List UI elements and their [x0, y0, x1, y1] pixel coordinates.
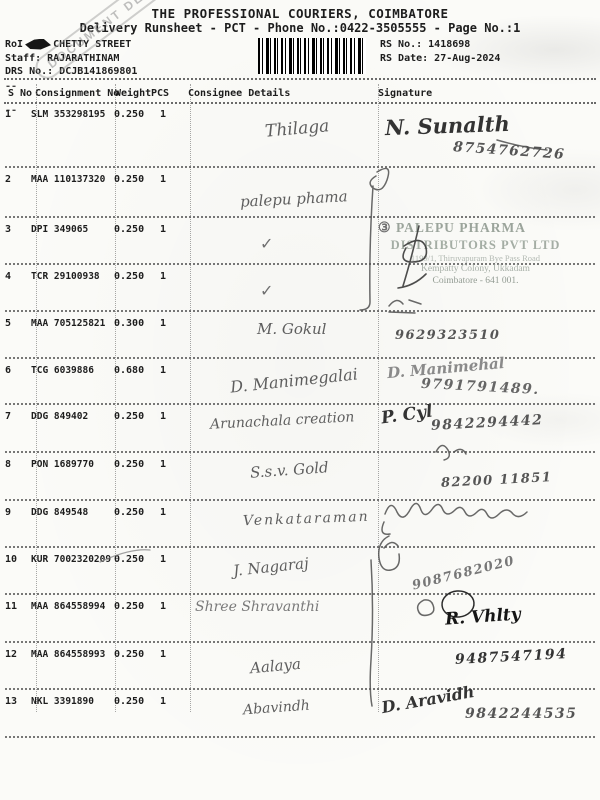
cell-consignment-number: TCR 29100938: [31, 265, 110, 310]
street-prefix: RoI: [5, 39, 23, 50]
cell-signature: N. Sunalth8754762726: [373, 103, 595, 166]
column-header-consignee: Consignee Details: [188, 88, 290, 99]
stamp-address-2: Kempatty Colony, Ukkadam: [378, 264, 573, 276]
cell-signature: R. Vhlty: [373, 595, 595, 641]
cell-consignment-number: NKL 3391890: [31, 690, 110, 736]
consignee-handwriting: ✓: [260, 281, 273, 300]
cell-signature: D. Aravidh9842244535: [373, 690, 595, 736]
signature-phone-number: 9842244535: [465, 706, 577, 722]
table-row: 11MAA 8645589940.2501Shree ShravanthiR. …: [5, 595, 595, 643]
cell-weight: 0.250: [110, 690, 150, 736]
cell-consignee-details: Shree Shravanthi: [185, 595, 373, 641]
cell-serial-number: 6: [5, 359, 31, 403]
cell-pieces: 1: [150, 265, 185, 310]
cell-consignment-number: DPI 349065: [31, 218, 110, 263]
cell-pieces: 1: [150, 168, 185, 216]
cell-pieces: 1: [150, 312, 185, 357]
column-header-signature: Signature: [378, 88, 432, 99]
consignee-handwriting: Venkataraman: [243, 509, 370, 529]
cell-consignee-details: Aalaya: [185, 643, 373, 688]
signature-phone-number: 8754762726: [453, 139, 566, 163]
cell-serial-number: 13: [5, 690, 31, 736]
signature-phone-number: 9487547194: [455, 646, 568, 668]
consignee-handwriting: Abavindh: [243, 698, 311, 719]
cell-signature: P. Cyl9842294442: [373, 405, 595, 451]
signature-phone-number: 9087682020: [411, 553, 517, 593]
table-body: 1SLM 3532981950.2501ThilagaN. Sunalth875…: [5, 103, 595, 738]
cell-signature: 82200 11851: [373, 453, 595, 499]
header-right-info: RS No.: 1418698 RS Date: 27-Aug-2024: [380, 38, 500, 65]
cell-weight: 0.250: [110, 548, 150, 593]
consignee-handwriting: ✓: [260, 234, 273, 253]
cell-serial-number: 12: [5, 643, 31, 688]
cell-consignment-number: PON 1689770: [31, 453, 110, 499]
cell-weight: 0.250: [110, 168, 150, 216]
signature-name: N. Sunalth: [385, 111, 511, 140]
cell-consignee-details: Venkataraman: [185, 501, 373, 546]
table-row: 10KUR 70023202090.2501J. Nagaraj90876820…: [5, 548, 595, 595]
consignee-handwriting: Shree Shravanthi: [195, 599, 319, 615]
cell-serial-number: 7: [5, 405, 31, 451]
ink-blot: [25, 39, 51, 50]
cell-pieces: 1: [150, 103, 185, 166]
cell-consignment-number: DDG 849548: [31, 501, 110, 546]
rs-date: RS Date: 27-Aug-2024: [380, 52, 500, 66]
cell-pieces: 1: [150, 453, 185, 499]
column-header-consignment: Consignment No: [35, 88, 119, 99]
barcode: [258, 38, 366, 74]
cell-pieces: 1: [150, 359, 185, 403]
cell-signature: 9087682020: [373, 548, 595, 593]
cell-weight: 0.250: [110, 265, 150, 310]
consignee-handwriting: Thilaga: [264, 116, 330, 142]
cell-serial-number: 9: [5, 501, 31, 546]
cell-serial-number: 2: [5, 168, 31, 216]
consignee-handwriting: palepu phama: [240, 187, 348, 211]
rs-number: RS No.: 1418698: [380, 38, 500, 52]
cell-weight: 0.250: [110, 643, 150, 688]
consignee-handwriting: Aalaya: [249, 655, 301, 677]
consignee-handwriting: D. Manimegalai: [229, 364, 358, 396]
consignee-handwriting: M. Gokul: [257, 320, 326, 338]
cell-pieces: 1: [150, 501, 185, 546]
column-header-pcs: PCS: [151, 88, 169, 99]
table-row: 13NKL 33918900.2501AbavindhD. Aravidh984…: [5, 690, 595, 738]
cell-serial-number: 11: [5, 595, 31, 641]
cell-serial-number: 1: [5, 103, 31, 166]
cell-signature: 9629323510: [373, 312, 595, 357]
table-row: 9DDG 8495480.2501Venkataraman: [5, 501, 595, 548]
drs-number-line: DRS No.: DCJB141869801: [5, 65, 137, 79]
cell-weight: 0.250: [110, 103, 150, 166]
cell-consignee-details: Abavindh: [185, 690, 373, 736]
signature-phone-number: 9629323510: [395, 328, 500, 343]
table-row: 2MAA 1101373200.2501palepu phama: [5, 168, 595, 218]
cell-serial-number: 5: [5, 312, 31, 357]
cell-signature: [373, 501, 595, 546]
cell-consignee-details: J. Nagaraj: [185, 548, 373, 593]
cell-serial-number: 10: [5, 548, 31, 593]
palepu-pharma-stamp: ③ PALEPU PHARMA DISTRIBUTORS PVT LTD 119…: [378, 220, 573, 288]
stamp-company-name: PALEPU PHARMA: [396, 220, 526, 235]
cell-consignment-number: MAA 110137320: [31, 168, 110, 216]
stamp-address-3: Coimbatore - 641 001.: [378, 276, 573, 288]
cell-consignment-number: TCG 6039886: [31, 359, 110, 403]
cell-pieces: 1: [150, 643, 185, 688]
cell-consignee-details: palepu phama: [185, 168, 373, 216]
stamp-address-1: 1199/1, Thiruvapuram Bye Pass Road: [378, 253, 573, 264]
cell-consignee-details: M. Gokul: [185, 312, 373, 357]
cell-consignment-number: DDG 849402: [31, 405, 110, 451]
cell-serial-number: 4: [5, 265, 31, 310]
cell-consignee-details: ✓: [185, 265, 373, 310]
dashed-separator: [4, 78, 596, 80]
table-row: 5MAA 7051258210.3001M. Gokul9629323510: [5, 312, 595, 359]
cell-pieces: 1: [150, 595, 185, 641]
cell-consignment-number: MAA 864558993: [31, 643, 110, 688]
signature-name: P. Cyl: [380, 402, 434, 429]
table-row: 7DDG 8494020.2501Arunachala creationP. C…: [5, 405, 595, 453]
cell-consignee-details: S.s.v. Gold: [185, 453, 373, 499]
cell-consignment-number: SLM 353298195: [31, 103, 110, 166]
column-header-weight: Weight: [115, 88, 151, 99]
cell-consignment-number: KUR 7002320209: [31, 548, 110, 593]
cell-weight: 0.250: [110, 453, 150, 499]
cell-weight: 0.250: [110, 595, 150, 641]
cell-serial-number: 3: [5, 218, 31, 263]
signature-phone-number: 9791791489.: [421, 376, 540, 398]
cell-serial-number: 8: [5, 453, 31, 499]
consignee-handwriting: Arunachala creation: [210, 409, 355, 433]
cell-weight: 0.680: [110, 359, 150, 403]
cell-signature: 9487547194: [373, 643, 595, 688]
column-header-sno: S No: [8, 88, 32, 99]
signature-name: R. Vhlty: [444, 604, 521, 629]
cell-weight: 0.250: [110, 501, 150, 546]
consignee-handwriting: J. Nagaraj: [232, 554, 309, 580]
table-row: 1SLM 3532981950.2501ThilagaN. Sunalth875…: [5, 103, 595, 168]
table-row: 6TCG 60398860.6801D. ManimegalaiD. Manim…: [5, 359, 595, 405]
cell-weight: 0.250: [110, 218, 150, 263]
cell-consignment-number: MAA 705125821: [31, 312, 110, 357]
cell-consignment-number: MAA 864558994: [31, 595, 110, 641]
cell-signature: D. Manimehal9791791489.: [373, 359, 595, 403]
cell-pieces: 1: [150, 218, 185, 263]
table-row: 8PON 16897700.2501S.s.v. Gold82200 11851: [5, 453, 595, 501]
cell-consignee-details: D. Manimegalai: [185, 359, 373, 403]
cell-consignee-details: Arunachala creation: [185, 405, 373, 451]
consignee-handwriting: S.s.v. Gold: [249, 458, 329, 481]
cell-pieces: 1: [150, 548, 185, 593]
cell-consignee-details: ✓: [185, 218, 373, 263]
table-row: 12MAA 8645589930.2501Aalaya9487547194: [5, 643, 595, 690]
stamp-circled-mark: ③: [378, 221, 392, 236]
cell-pieces: 1: [150, 690, 185, 736]
cell-pieces: 1: [150, 405, 185, 451]
cell-consignee-details: Thilaga: [185, 103, 373, 166]
scanned-delivery-runsheet: THE PROFESSIONAL COURIERS, COIMBATORE De…: [0, 0, 600, 800]
signature-phone-number: 82200 11851: [441, 470, 553, 491]
stamp-company-type: DISTRIBUTORS PVT LTD: [378, 238, 573, 254]
signature-phone-number: 9842294442: [431, 412, 544, 434]
cell-signature: [373, 168, 595, 216]
cell-weight: 0.300: [110, 312, 150, 357]
cell-weight: 0.250: [110, 405, 150, 451]
